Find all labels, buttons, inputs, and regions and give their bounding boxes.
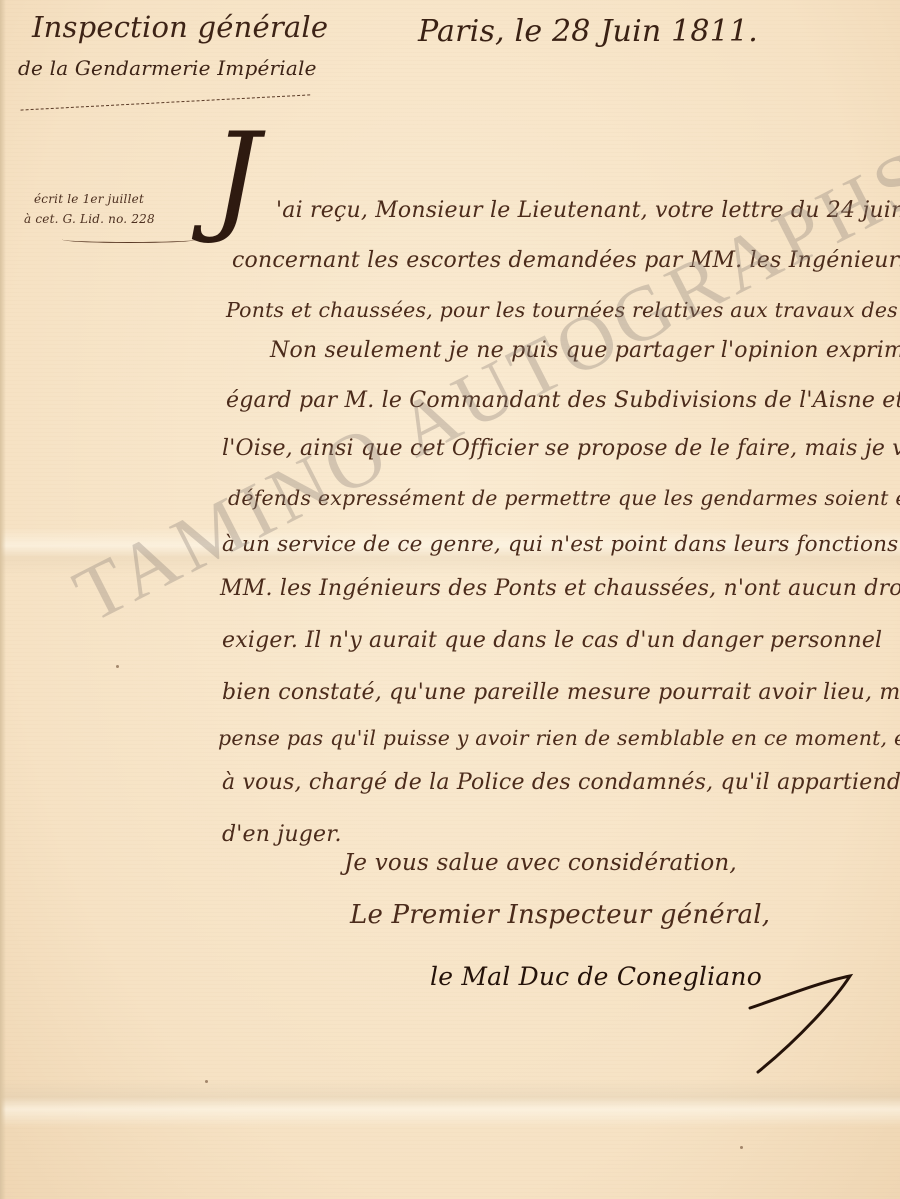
paper-edge: [0, 0, 6, 1199]
body-line: concernant les escortes demandées par MM…: [232, 248, 900, 273]
signature-flourish-icon: [740, 968, 860, 1078]
body-line: égard par M. le Commandant des Subdivisi…: [226, 388, 900, 413]
body-line: pense pas qu'il puisse y avoir rien de s…: [218, 726, 900, 750]
body-line: à un service de ce genre, qui n'est poin…: [222, 532, 900, 557]
body-line: Ponts et chaussées, pour les tournées re…: [226, 298, 900, 322]
signature: le Mal Duc de Conegliano: [430, 962, 762, 991]
margin-note-line-1: écrit le 1er juillet: [34, 192, 144, 206]
body-line: l'Oise, ainsi que cet Officier se propos…: [222, 436, 900, 461]
signatory-title: Le Premier Inspecteur général,: [350, 900, 770, 930]
body-line: défends expressément de permettre que le…: [228, 486, 900, 510]
letter-page: Inspection générale de la Gendarmerie Im…: [0, 0, 900, 1199]
decorative-initial: J: [212, 118, 260, 238]
body-line: Non seulement je ne puis que partager l'…: [270, 338, 900, 363]
body-line: bien constaté, qu'une pareille mesure po…: [222, 680, 900, 705]
letterhead-title: Inspection générale: [32, 10, 328, 44]
body-line: d'en juger.: [222, 822, 342, 847]
body-line: exiger. Il n'y aurait que dans le cas d'…: [222, 628, 882, 653]
letterhead-flourish: [20, 80, 310, 110]
closing-salutation: Je vous salue avec considération,: [344, 850, 737, 876]
margin-note-line-2: à cet. G. Lid. no. 228: [24, 212, 155, 226]
ink-speck: [205, 1080, 208, 1083]
body-line: MM. les Ingénieurs des Ponts et chaussée…: [220, 576, 900, 601]
body-line: à vous, chargé de la Police des condamné…: [222, 770, 900, 795]
ink-speck: [116, 665, 119, 668]
body-line: 'ai reçu, Monsieur le Lieutenant, votre …: [276, 198, 900, 223]
margin-note-underline: [62, 236, 197, 243]
dateline: Paris, le 28 Juin 1811.: [418, 14, 758, 49]
ink-speck: [740, 1146, 743, 1149]
letterhead-subtitle: de la Gendarmerie Impériale: [18, 56, 317, 80]
